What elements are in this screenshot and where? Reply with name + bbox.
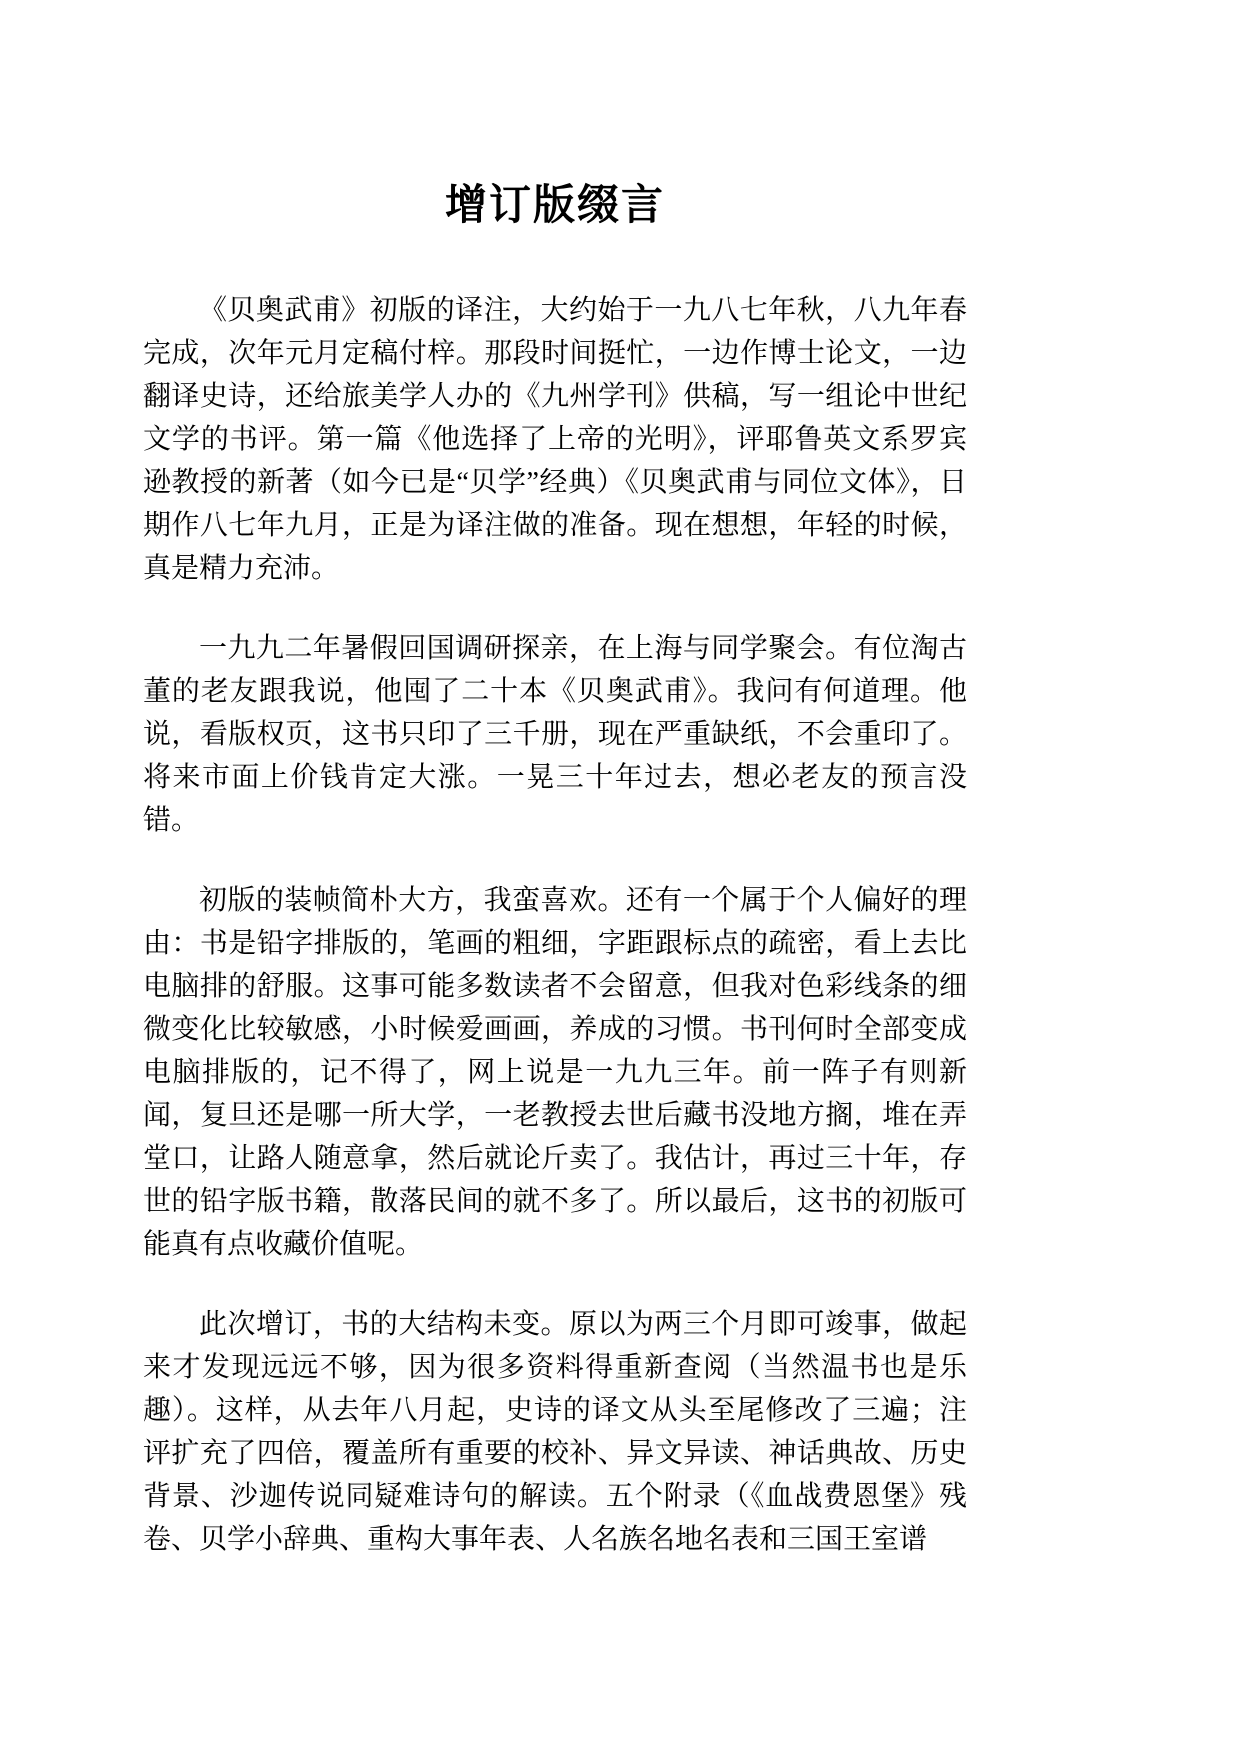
paragraph-1: 《贝奥武甫》初版的译注，大约始于一九八七年秋，八九年春完成，次年元月定稿付梓。那… — [143, 289, 967, 590]
paragraph-2: 一九九二年暑假回国调研探亲，在上海与同学聚会。有位淘古董的老友跟我说，他囤了二十… — [143, 627, 967, 842]
document-page: 增订版缀言 《贝奥武甫》初版的译注，大约始于一九八七年秋，八九年春完成，次年元月… — [143, 0, 967, 1752]
paragraph-4: 此次增订，书的大结构未变。原以为两三个月即可竣事，做起来才发现远远不够，因为很多… — [143, 1303, 967, 1561]
page-title: 增订版缀言 — [143, 185, 967, 227]
paragraph-3: 初版的装帧简朴大方，我蛮喜欢。还有一个属于个人偏好的理由：书是铅字排版的，笔画的… — [143, 879, 967, 1266]
